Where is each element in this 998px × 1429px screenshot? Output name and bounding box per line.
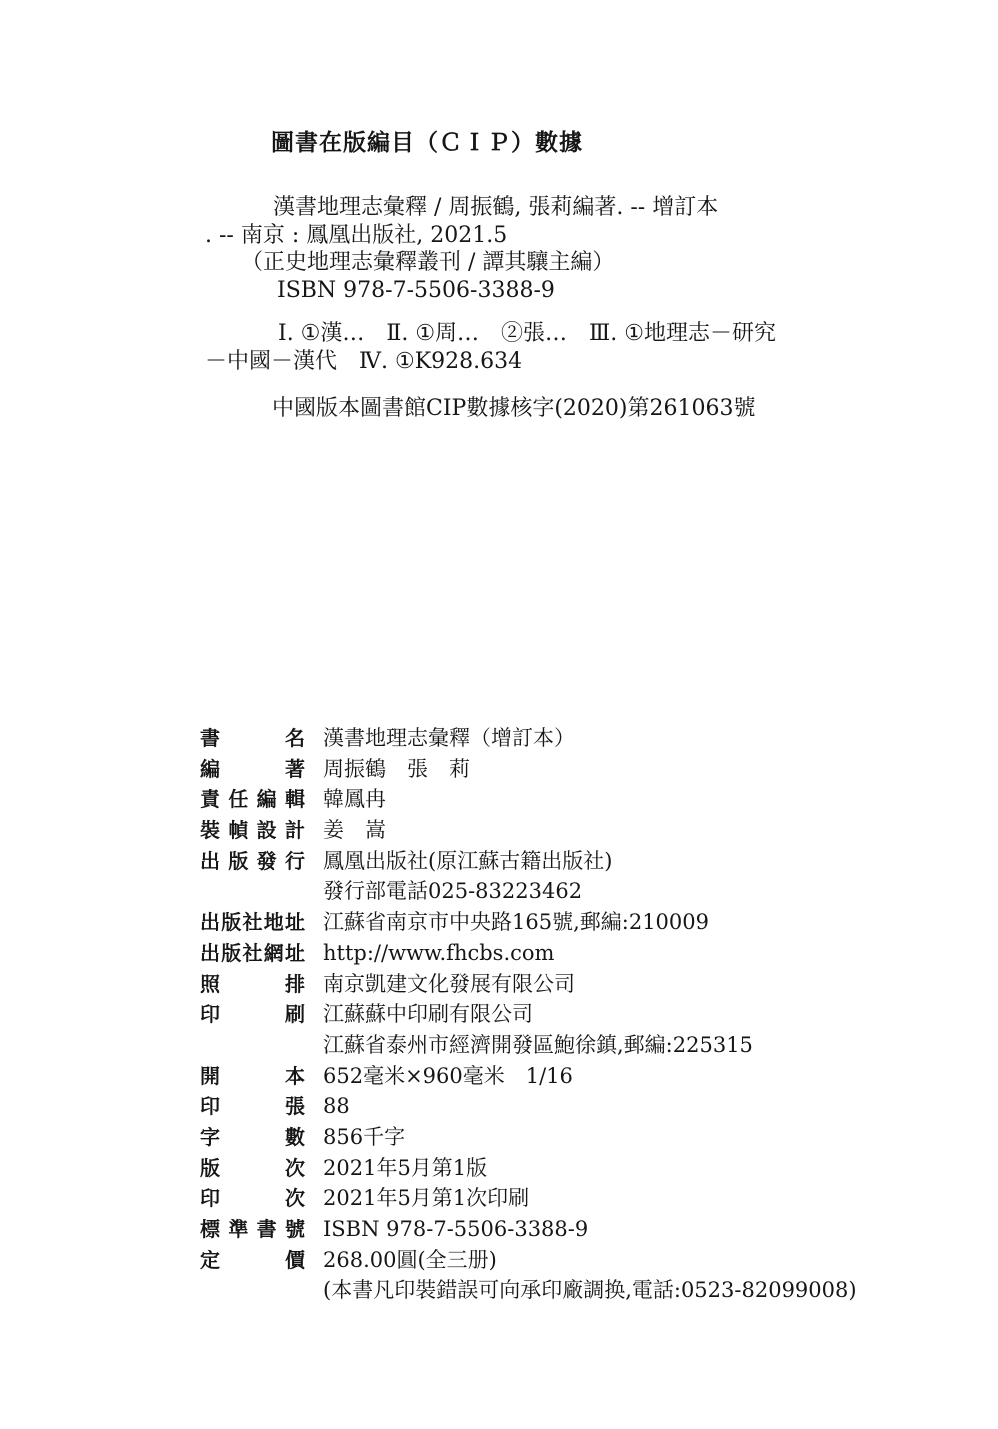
colophon-row-label: 開本 (200, 1060, 305, 1089)
colophon-row-editor: 責任編輯 韓鳳冉 (200, 783, 857, 814)
colophon-row-value: 南京凱建文化發展有限公司 (323, 968, 575, 998)
colophon-row-value: 88 (323, 1094, 350, 1118)
colophon-row-publisher: 出版發行 鳳凰出版社(原江蘇古籍出版社) (200, 845, 857, 876)
colophon-row-value: 856千字 (323, 1121, 405, 1151)
cip-record-number: 中國版本圖書館CIP數據核字(2020)第261063號 (272, 395, 755, 423)
colophon-row-value: 韓鳳冉 (323, 783, 386, 813)
colophon-row-label: 定價 (200, 1244, 305, 1273)
colophon-row-value: 姜 嵩 (323, 814, 386, 844)
colophon-row-format: 開本 652毫米×960毫米 1/16 (200, 1060, 857, 1091)
colophon-row-typesetting: 照排 南京凱建文化發展有限公司 (200, 968, 857, 999)
colophon-row-misprint-note: (本書凡印裝錯誤可向承印廠調换,電話:0523-82099008) (200, 1274, 857, 1305)
colophon-row-value: 268.00圓(全三册) (323, 1244, 497, 1274)
colophon-row-value: http://www.fhcbs.com (323, 941, 554, 965)
colophon-row-edition: 版次 2021年5月第1版 (200, 1152, 857, 1183)
colophon-row-label: 責任編輯 (200, 783, 305, 812)
cip-classification-line: －中國－漢代 Ⅳ. ①K928.634 (205, 348, 776, 376)
colophon-row-value: 2021年5月第1版 (323, 1152, 487, 1182)
colophon-row-price: 定價 268.00圓(全三册) (200, 1244, 857, 1275)
colophon-row-value: 江蘇蘇中印刷有限公司 (323, 998, 533, 1028)
colophon-row-word-count: 字數 856千字 (200, 1121, 857, 1152)
colophon-row-label: 出版社網址 (200, 937, 305, 966)
colophon-row-sales-phone: 發行部電話025-83223462 (200, 875, 857, 906)
cip-entry-line: . -- 南京 : 鳳凰出版社, 2021.5 (205, 222, 718, 250)
colophon-row-value: ISBN 978-7-5506-3388-9 (323, 1217, 588, 1241)
colophon-row-label: 出版發行 (200, 845, 305, 874)
colophon-row-impression: 印次 2021年5月第1次印刷 (200, 1182, 857, 1213)
colophon-row-label: 字數 (200, 1121, 305, 1150)
colophon-row-value: 2021年5月第1次印刷 (323, 1182, 529, 1212)
colophon-row-value: 652毫米×960毫米 1/16 (323, 1060, 573, 1090)
colophon-row-label: 書名 (200, 722, 305, 751)
colophon-row-value: 江蘇省泰州市經濟開發區鮑徐鎮,郵編:225315 (323, 1029, 753, 1059)
colophon-row-label: 編著 (200, 753, 305, 782)
cip-entry-line: （正史地理志彙釋叢刊 / 譚其驤主編） (205, 249, 718, 277)
colophon-row-website: 出版社網址 http://www.fhcbs.com (200, 937, 857, 968)
colophon-row-value: 鳳凰出版社(原江蘇古籍出版社) (323, 845, 612, 875)
cip-entry-block: 漢書地理志彙釋 / 周振鶴, 張莉編著. -- 增訂本 . -- 南京 : 鳳凰… (205, 194, 718, 305)
colophon-row-label: 出版社地址 (200, 906, 305, 935)
colophon-row-label: 印刷 (200, 998, 305, 1027)
cip-classification-line: Ⅰ. ①漢… Ⅱ. ①周… ②張… Ⅲ. ①地理志－研究 (205, 320, 776, 348)
colophon-row-label: 版次 (200, 1152, 305, 1181)
colophon-row-address: 出版社地址 江蘇省南京市中央路165號,郵編:210009 (200, 906, 857, 937)
colophon-row-value: 周振鶴 張 莉 (323, 753, 470, 783)
cip-classification-block: Ⅰ. ①漢… Ⅱ. ①周… ②張… Ⅲ. ①地理志－研究 －中國－漢代 Ⅳ. ①… (205, 320, 776, 375)
colophon-row-authors: 編著 周振鶴 張 莉 (200, 753, 857, 784)
colophon-row-label: 印次 (200, 1182, 305, 1211)
colophon-row-title: 書名 漢書地理志彙釋（增訂本） (200, 722, 857, 753)
cip-entry-line: 漢書地理志彙釋 / 周振鶴, 張莉編著. -- 增訂本 (205, 194, 718, 222)
colophon-row-printer: 印刷 江蘇蘇中印刷有限公司 (200, 998, 857, 1029)
colophon-row-value: 漢書地理志彙釋（增訂本） (323, 722, 575, 752)
cip-isbn-line: ISBN 978-7-5506-3388-9 (205, 277, 718, 305)
colophon-row-label: 印張 (200, 1090, 305, 1119)
colophon-table: 書名 漢書地理志彙釋（增訂本） 編著 周振鶴 張 莉 責任編輯 韓鳳冉 裝幀設計… (200, 722, 857, 1305)
colophon-row-label: 照排 (200, 968, 305, 997)
colophon-row-printer-address: 江蘇省泰州市經濟開發區鮑徐鎮,郵編:225315 (200, 1029, 857, 1060)
colophon-row-isbn: 標準書號 ISBN 978-7-5506-3388-9 (200, 1213, 857, 1244)
colophon-row-label: 標準書號 (200, 1213, 305, 1242)
book-copyright-page: 圖書在版編目（ＣＩＰ）數據 漢書地理志彙釋 / 周振鶴, 張莉編著. -- 增訂… (0, 0, 998, 1429)
colophon-row-value: 發行部電話025-83223462 (323, 875, 582, 905)
colophon-row-value: (本書凡印裝錯誤可向承印廠調换,電話:0523-82099008) (323, 1274, 857, 1304)
colophon-row-sheets: 印張 88 (200, 1090, 857, 1121)
cip-heading: 圖書在版編目（ＣＩＰ）數據 (271, 128, 583, 156)
colophon-row-value: 江蘇省南京市中央路165號,郵編:210009 (323, 906, 709, 936)
colophon-row-designer: 裝幀設計 姜 嵩 (200, 814, 857, 845)
colophon-row-label: 裝幀設計 (200, 814, 305, 843)
